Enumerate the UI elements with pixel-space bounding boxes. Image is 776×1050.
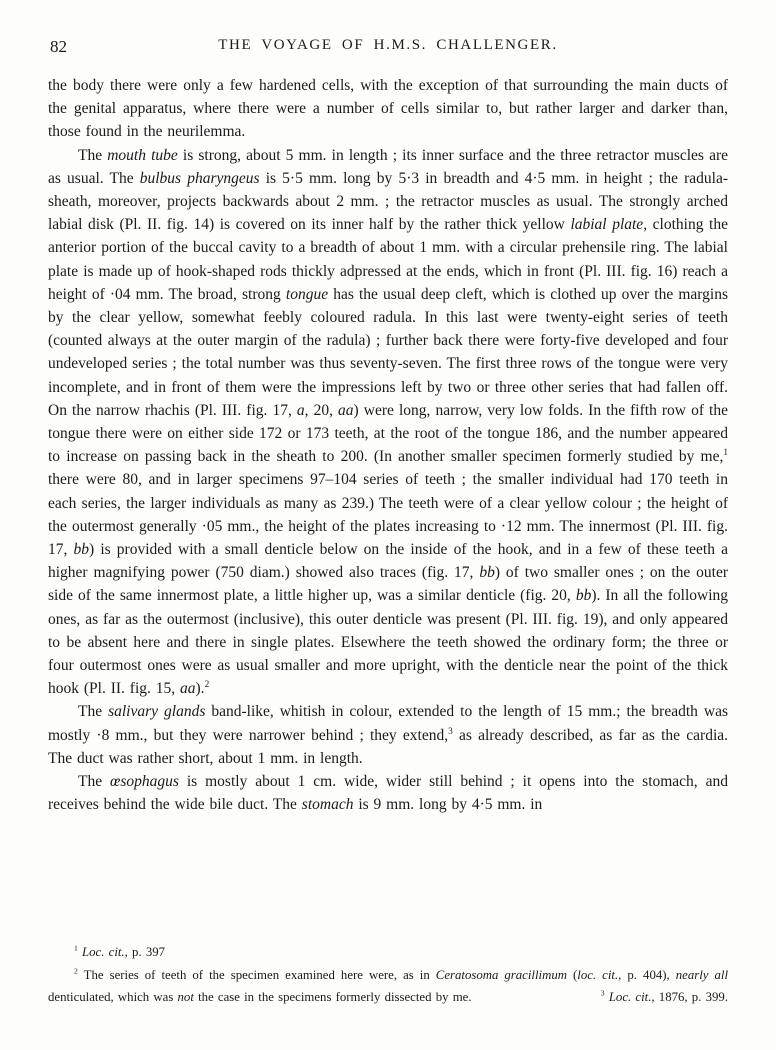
page-number: 82	[50, 37, 67, 57]
paragraph-continuation: the body there were only a few hardened …	[48, 74, 728, 144]
paragraph-oesophagus: The œsophagus is mostly about 1 cm. wide…	[48, 770, 728, 816]
running-title: THE VOYAGE OF H.M.S. CHALLENGER.	[48, 37, 728, 54]
page-header: 82 THE VOYAGE OF H.M.S. CHALLENGER.	[48, 37, 728, 59]
paragraph-mouth-tube: The mouth tube is strong, about 5 mm. in…	[48, 144, 728, 701]
footnotes: 1 Loc. cit., p. 397 2 The series of teet…	[48, 941, 728, 1009]
paragraph-salivary-glands: The salivary glands band-like, whitish i…	[48, 700, 728, 770]
book-page: 82 THE VOYAGE OF H.M.S. CHALLENGER. the …	[0, 0, 776, 1050]
footnote-2-wrap: 2 The series of teeth of the specimen ex…	[48, 964, 728, 1009]
footnote-3: 3 Loc. cit., 1876, p. 399.	[601, 986, 728, 1009]
body-text: the body there were only a few hardened …	[48, 74, 728, 817]
footnote-1: 1 Loc. cit., p. 397	[48, 941, 728, 964]
